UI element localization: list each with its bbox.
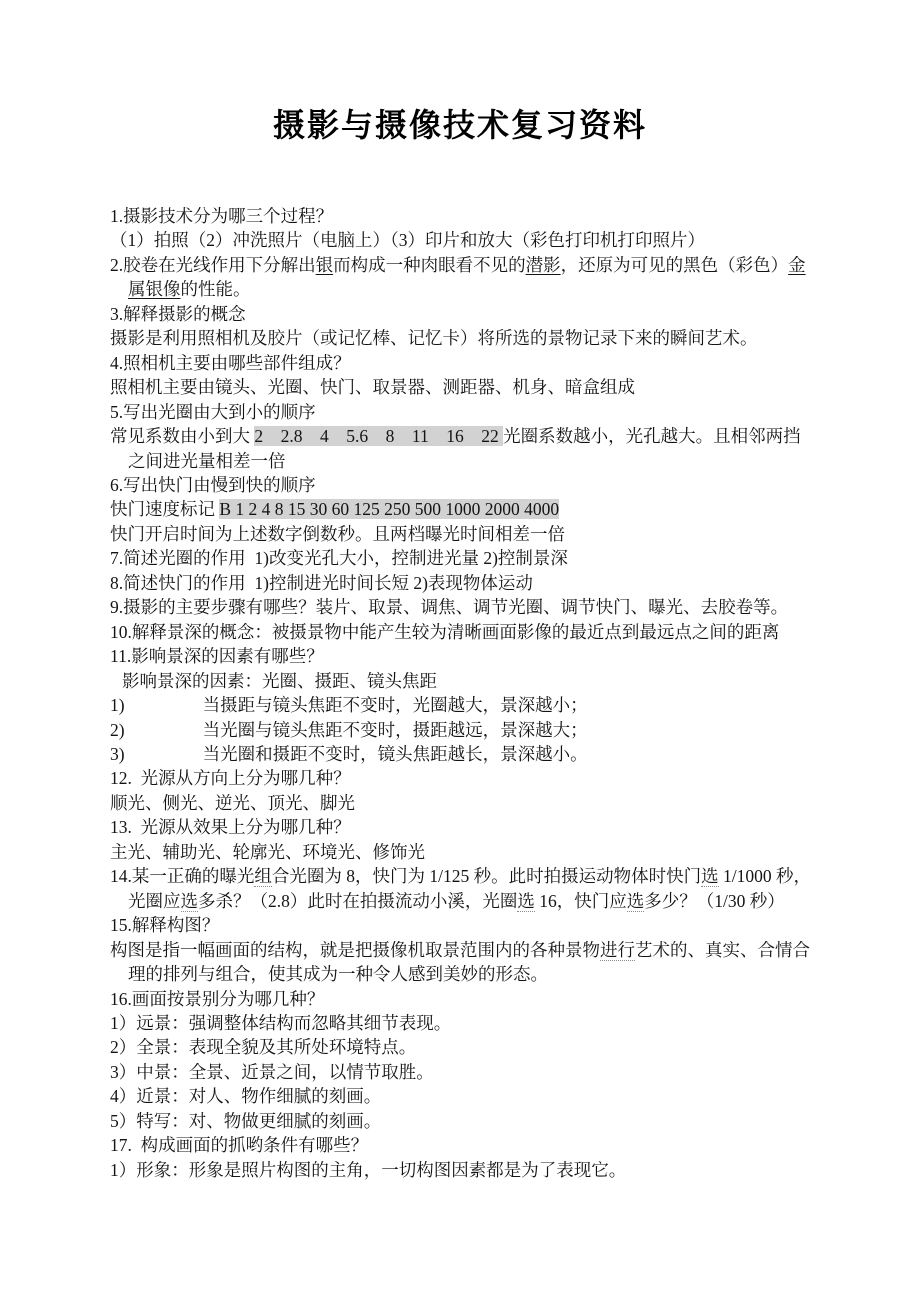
text-segment: 3.解释摄影的概念 (110, 304, 246, 324)
text-segment: 照相机主要由镜头、光圈、快门、取景器、测距器、机身、暗盒组成 (110, 377, 635, 397)
text-segment: （1）拍照（2）冲洗照片（电脑上）（3）印片和放大（彩色打印机打印照片） (110, 230, 705, 250)
text-segment: 合光圈为 8，快门为 1/125 秒。此时拍摄运动物体时快门 (272, 866, 701, 886)
text-segment: 2) (110, 720, 125, 740)
text-segment: 4）近景：对人、物作细腻的刻画。 (110, 1086, 381, 1106)
doc-line: 2)当光圈与镜头焦距不变时，摄距越远，景深越大； (110, 718, 828, 742)
text-segment: 快门开启时间为上述数字倒数秒。且两档曝光时间相差一倍 (110, 524, 565, 544)
doc-lines: 1.摄影技术分为哪三个过程？（1）拍照（2）冲洗照片（电脑上）（3）印片和放大（… (110, 204, 828, 1182)
doc-line: 主光、辅助光、轮廓光、环境光、修饰光 (110, 840, 828, 864)
text-segment: 3）中景：全景、近景之间，以情节取胜。 (110, 1062, 434, 1082)
text-segment: 10.解释景深的概念：被摄景物中能产生较为清晰画面影像的最近点到最远点之间的距离 (110, 622, 779, 642)
text-segment: 多杀？（2.8）此时在拍摄流动小溪，光圈 (198, 891, 517, 911)
doc-line: 常见系数由小到大 2 2.8 4 5.6 8 11 16 22 光圈系数越小，光… (110, 424, 828, 448)
doc-line: 1）形象：形象是照片构图的主角，一切构图因素都是为了表现它。 (110, 1158, 828, 1182)
doc-line: 顺光、侧光、逆光、顶光、脚光 (110, 791, 828, 815)
text-segment: 16.画面按景别分为哪几种？ (110, 989, 324, 1009)
text-segment: 光圈应 (128, 891, 181, 911)
doc-line: 照相机主要由镜头、光圈、快门、取景器、测距器、机身、暗盒组成 (110, 375, 828, 399)
text-segment: 当摄距与镜头焦距不变时，光圈越大，景深越小； (203, 695, 588, 715)
text-segment: 1.摄影技术分为哪三个过程？ (110, 206, 333, 226)
doc-line: 3）中景：全景、近景之间，以情节取胜。 (110, 1060, 828, 1084)
text-segment: 13. 光源从效果上分为哪几种？ (110, 817, 351, 837)
doc-line: 1）远景：强调整体结构而忽略其细节表现。 (110, 1011, 828, 1035)
doc-line: 快门速度标记 B 1 2 4 8 15 30 60 125 250 500 10… (110, 497, 828, 521)
doc-line: 影响景深的因素：光圈、摄距、镜头焦距 (110, 669, 828, 693)
doc-line: 2）全景：表现全貌及其所处环境特点。 (110, 1035, 828, 1059)
underlined-text: 金 (788, 255, 806, 275)
text-segment: 1）远景：强调整体结构而忽略其细节表现。 (110, 1013, 451, 1033)
text-segment: 11.影响景深的因素有哪些？ (110, 646, 324, 666)
text-segment: 理的排列与组合，使其成为一种令人感到美妙的形态。 (128, 964, 548, 984)
doc-line: 3)当光圈和摄距不变时，镜头焦距越长，景深越小。 (110, 742, 828, 766)
text-segment: 当光圈和摄距不变时，镜头焦距越长，景深越小。 (203, 744, 588, 764)
text-segment: 常见系数由小到大 (110, 426, 254, 446)
highlighted-text: 2 2.8 4 5.6 8 11 16 22 (254, 426, 503, 446)
text-segment: 5）特写：对、物做更细腻的刻画。 (110, 1111, 381, 1131)
text-segment: 2）全景：表现全貌及其所处环境特点。 (110, 1037, 416, 1057)
doc-line: 16.画面按景别分为哪几种？ (110, 987, 828, 1011)
proofmark-text: 选 (181, 891, 199, 912)
doc-line: 5）特写：对、物做更细腻的刻画。 (110, 1109, 828, 1133)
text-segment: 光圈系数越小，光孔越大。且相邻两挡 (503, 426, 801, 446)
doc-line: 1.摄影技术分为哪三个过程？ (110, 204, 828, 228)
doc-line: 5.写出光圈由大到小的顺序 (110, 400, 828, 424)
text-segment: 艺术的、真实、合情合 (635, 940, 810, 960)
page-title: 摄影与摄像技术复习资料 (0, 0, 920, 148)
text-segment: 的性能。 (181, 279, 251, 299)
text-segment: 当光圈与镜头焦距不变时，摄距越远，景深越大； (203, 720, 588, 740)
doc-line: 4.照相机主要由哪些部件组成？ (110, 351, 828, 375)
doc-line: 8.简述快门的作用 1)控制进光时间长短 2)表现物体运动 (110, 571, 828, 595)
text-segment: 17. 构成画面的抓哟条件有哪些？ (110, 1135, 368, 1155)
doc-line: 快门开启时间为上述数字倒数秒。且两档曝光时间相差一倍 (110, 522, 828, 546)
doc-line: 9.摄影的主要步骤有哪些？装片、取景、调焦、调节光圈、调节快门、曝光、去胶卷等。 (110, 595, 828, 619)
doc-line: 构图是指一幅画面的结构，就是把摄像机取景范围内的各种景物进行艺术的、真实、合情合 (110, 938, 828, 962)
doc-line: 4）近景：对人、物作细腻的刻画。 (110, 1084, 828, 1108)
proofmark-text: 选 (701, 866, 719, 887)
text-segment: 12. 光源从方向上分为哪几种？ (110, 768, 351, 788)
doc-line: 7.简述光圈的作用 1)改变光孔大小，控制进光量 2)控制景深 (110, 546, 828, 570)
proofmark-text: 进行 (600, 940, 635, 961)
doc-line: 11.影响景深的因素有哪些？ (110, 644, 828, 668)
text-segment: 而构成一种肉眼看不见的 (333, 255, 526, 275)
doc-line: （1）拍照（2）冲洗照片（电脑上）（3）印片和放大（彩色打印机打印照片） (110, 228, 828, 252)
text-segment: 1）形象：形象是照片构图的主角，一切构图因素都是为了表现它。 (110, 1160, 626, 1180)
text-segment: 之间进光量相差一倍 (128, 451, 286, 471)
text-segment: 多少？（1/30 秒） (644, 891, 785, 911)
text-segment: 影响景深的因素：光圈、摄距、镜头焦距 (122, 671, 437, 691)
text-segment: 6.写出快门由慢到快的顺序 (110, 475, 316, 495)
text-segment: 7.简述光圈的作用 1)改变光孔大小，控制进光量 2)控制景深 (110, 548, 568, 568)
text-segment: 快门速度标记 (110, 499, 219, 519)
underlined-text: 属银像 (128, 279, 181, 299)
document-page: 摄影与摄像技术复习资料 1.摄影技术分为哪三个过程？（1）拍照（2）冲洗照片（电… (0, 0, 920, 1302)
text-segment: 5.写出光圈由大到小的顺序 (110, 402, 316, 422)
doc-line: 3.解释摄影的概念 (110, 302, 828, 326)
underlined-text: 银 (316, 255, 334, 275)
text-segment: 3) (110, 744, 125, 764)
doc-line: 13. 光源从效果上分为哪几种？ (110, 815, 828, 839)
proofmark-text: 选 (517, 891, 535, 912)
text-segment: 顺光、侧光、逆光、顶光、脚光 (110, 793, 355, 813)
doc-line: 12. 光源从方向上分为哪几种？ (110, 766, 828, 790)
text-segment: 1/1000 秒， (719, 866, 811, 886)
doc-line: 属银像的性能。 (110, 277, 828, 301)
doc-line: 理的排列与组合，使其成为一种令人感到美妙的形态。 (110, 962, 828, 986)
text-segment: 2.胶卷在光线作用下分解出 (110, 255, 316, 275)
text-segment: 4.照相机主要由哪些部件组成？ (110, 353, 351, 373)
underlined-text: 潜影 (526, 255, 561, 275)
doc-line: 17. 构成画面的抓哟条件有哪些？ (110, 1133, 828, 1157)
doc-line: 14.某一正确的曝光组合光圈为 8，快门为 1/125 秒。此时拍摄运动物体时快… (110, 864, 828, 888)
text-segment: ，还原为可见的黑色（彩色） (561, 255, 789, 275)
doc-line: 1)当摄距与镜头焦距不变时，光圈越大，景深越小； (110, 693, 828, 717)
text-segment: 主光、辅助光、轮廓光、环境光、修饰光 (110, 842, 425, 862)
text-segment: 1) (110, 695, 125, 715)
doc-line: 15.解释构图？ (110, 913, 828, 937)
doc-line: 6.写出快门由慢到快的顺序 (110, 473, 828, 497)
text-segment: 8.简述快门的作用 1)控制进光时间长短 2)表现物体运动 (110, 573, 533, 593)
text-segment: 构图是指一幅画面的结构，就是把摄像机取景范围内的各种景物 (110, 940, 600, 960)
proofmark-text: 选 (627, 891, 645, 912)
text-segment: 15.解释构图？ (110, 915, 219, 935)
text-segment: 16，快门应 (535, 891, 627, 911)
doc-line: 10.解释景深的概念：被摄景物中能产生较为清晰画面影像的最近点到最远点之间的距离 (110, 620, 828, 644)
text-segment: 14.某一正确的曝光 (110, 866, 254, 886)
proofmark-text: 组 (254, 866, 272, 887)
doc-line: 之间进光量相差一倍 (110, 449, 828, 473)
doc-line: 2.胶卷在光线作用下分解出银而构成一种肉眼看不见的潜影，还原为可见的黑色（彩色）… (110, 253, 828, 277)
highlighted-text: B 1 2 4 8 15 30 60 125 250 500 1000 2000… (219, 499, 559, 519)
doc-line: 光圈应选多杀？（2.8）此时在拍摄流动小溪，光圈选 16，快门应选多少？（1/3… (110, 889, 828, 913)
text-segment: 摄影是利用照相机及胶片（或记忆棒、记忆卡）将所选的景物记录下来的瞬间艺术。 (110, 328, 758, 348)
text-segment: 9.摄影的主要步骤有哪些？装片、取景、调焦、调节光圈、调节快门、曝光、去胶卷等。 (110, 597, 788, 617)
doc-line: 摄影是利用照相机及胶片（或记忆棒、记忆卡）将所选的景物记录下来的瞬间艺术。 (110, 326, 828, 350)
